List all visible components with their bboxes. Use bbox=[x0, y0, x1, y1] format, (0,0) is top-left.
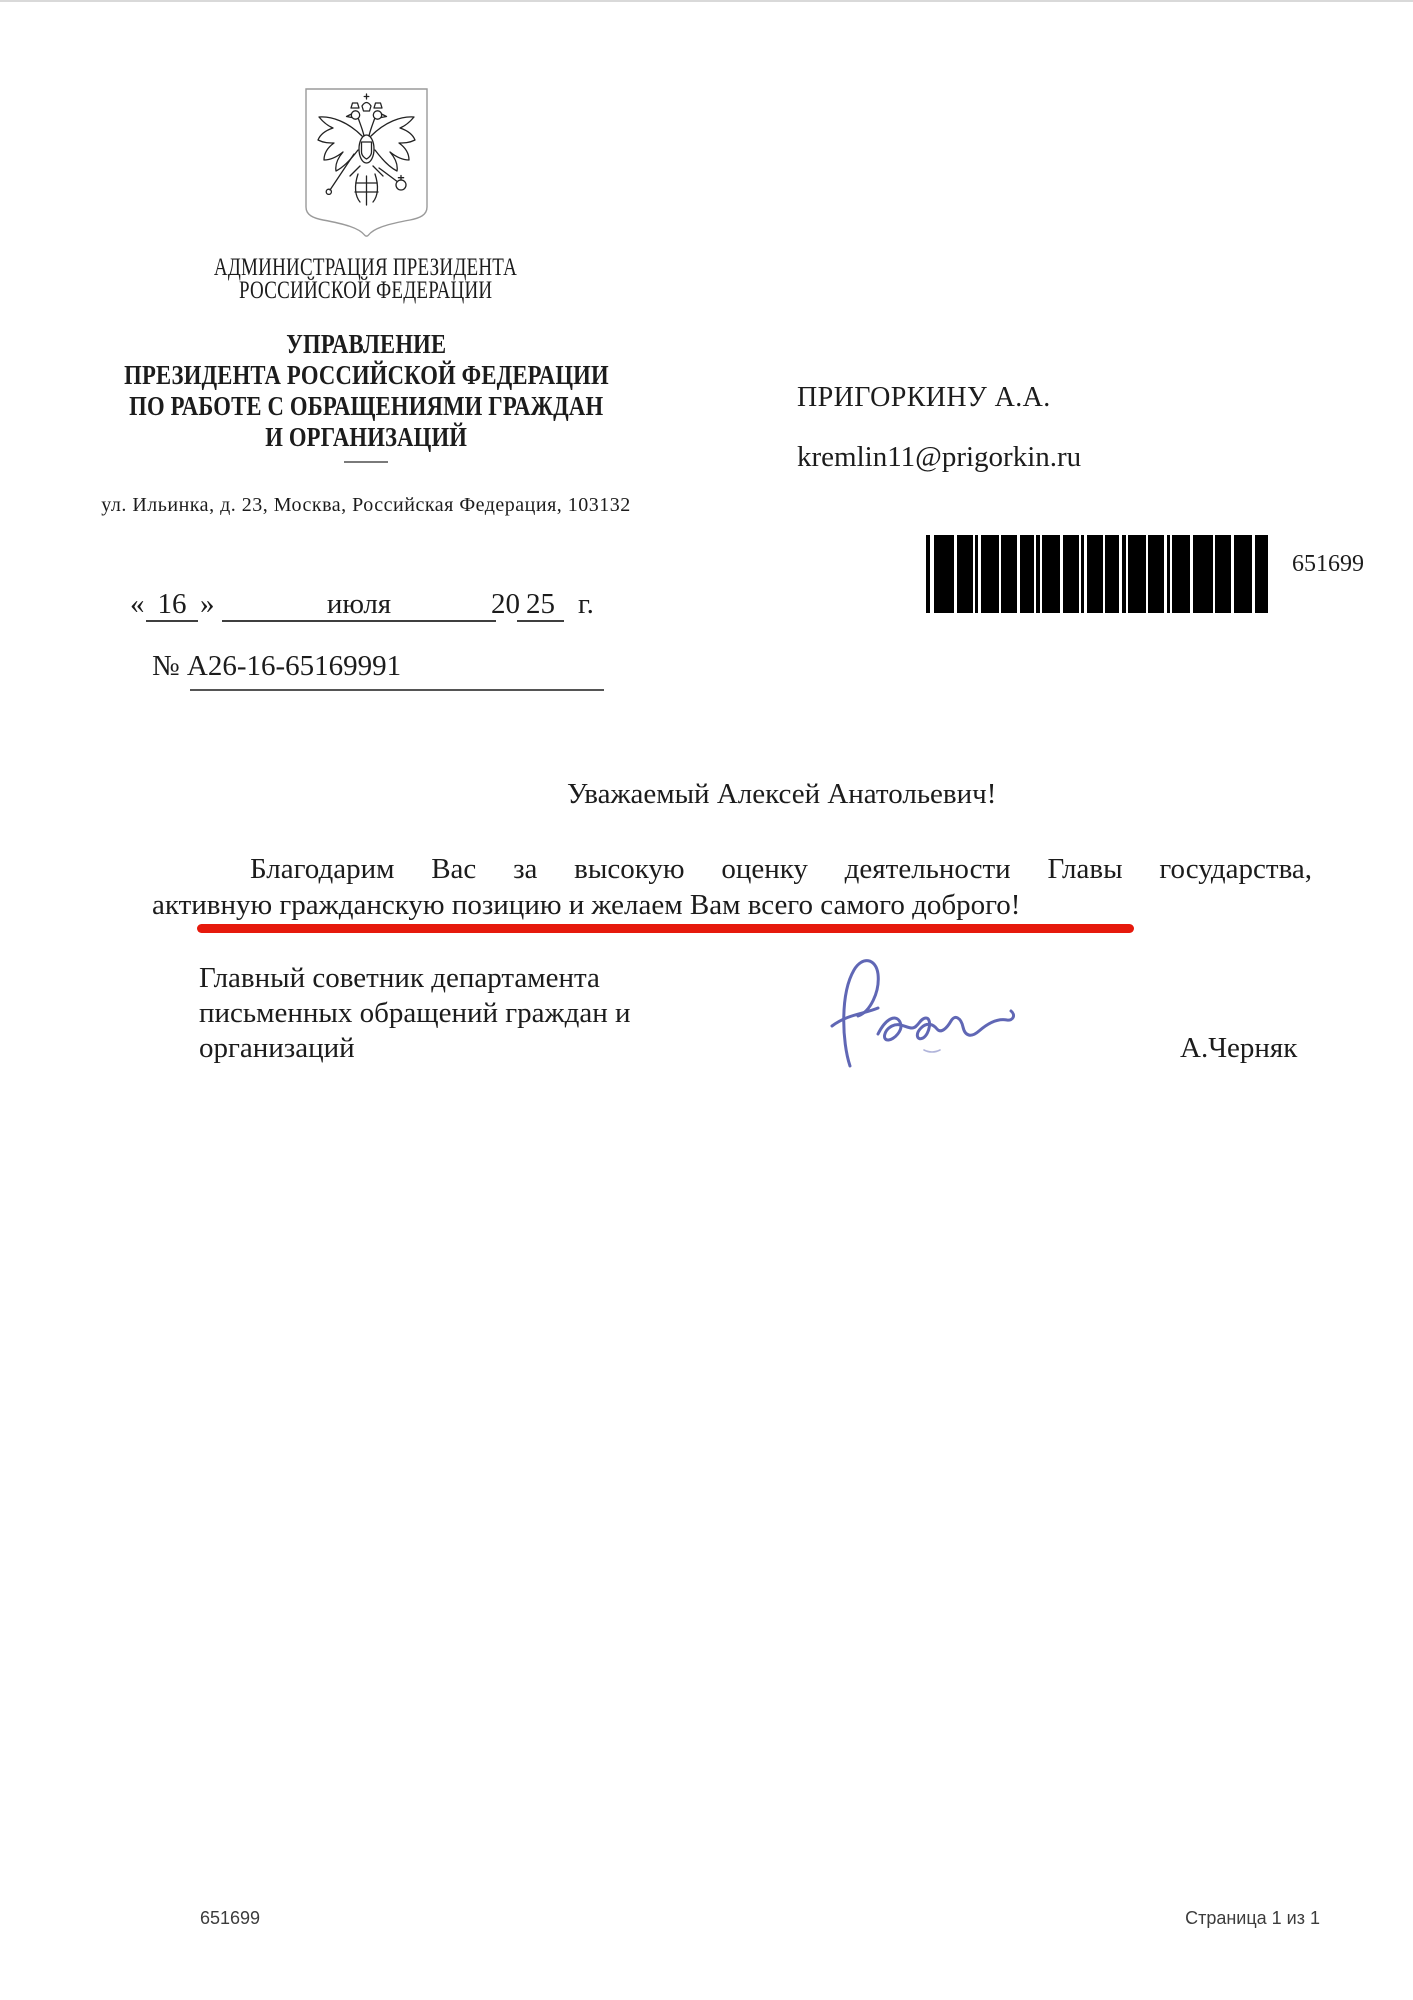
letterhead-divider bbox=[344, 461, 388, 463]
date-open-quote: « bbox=[130, 588, 145, 621]
barcode bbox=[926, 535, 1268, 613]
barcode-bar bbox=[1172, 535, 1190, 613]
footer-page-info: Страница 1 из 1 bbox=[1185, 1908, 1320, 1929]
date-day-underline bbox=[146, 620, 198, 622]
date-month: июля bbox=[222, 588, 496, 621]
barcode-bar bbox=[1128, 535, 1146, 613]
reference-number-underline bbox=[190, 689, 604, 691]
barcode-bar bbox=[981, 535, 999, 613]
barcode-bar bbox=[1215, 535, 1231, 613]
department-line2: ПРЕЗИДЕНТА РОССИЙСКОЙ ФЕДЕРАЦИИ bbox=[124, 360, 609, 391]
barcode-number: 651699 bbox=[1292, 551, 1364, 578]
barcode-bar bbox=[1193, 535, 1213, 613]
date-year: 25 bbox=[517, 588, 564, 621]
barcode-bar bbox=[1063, 535, 1079, 613]
date-day: 16 bbox=[146, 588, 198, 621]
barcode-bar bbox=[1255, 535, 1268, 613]
barcode-bar bbox=[957, 535, 973, 613]
page-top-edge bbox=[0, 0, 1413, 2]
department-line3: ПО РАБОТЕ С ОБРАЩЕНИЯМИ ГРАЖДАН bbox=[129, 391, 603, 422]
barcode-bar bbox=[1105, 535, 1119, 613]
reference-number: № А26-16-65169991 bbox=[152, 650, 401, 683]
department-line1: УПРАВЛЕНИЕ bbox=[286, 329, 446, 360]
administration-header: АДМИНИСТРАЦИЯ ПРЕЗИДЕНТА РОССИЙСКОЙ ФЕДЕ… bbox=[0, 256, 732, 302]
date-year-underline bbox=[517, 620, 564, 622]
handwritten-signature-icon bbox=[820, 950, 1050, 1080]
letter-page: { "letterhead": { "emblem_icon": "russia… bbox=[0, 0, 1413, 2000]
body-paragraph-line2: активную гражданскую позицию и желаем Ва… bbox=[152, 887, 1312, 923]
signer-name: А.Черняк bbox=[1180, 1032, 1297, 1065]
barcode-bar bbox=[1001, 535, 1017, 613]
letterhead-address: ул. Ильинка, д. 23, Москва, Российская Ф… bbox=[101, 494, 631, 517]
date-year-suffix: г. bbox=[578, 588, 594, 621]
russian-coat-of-arms-icon bbox=[302, 86, 431, 238]
body-paragraph-line1: Благодарим Вас за высокую оценку деятель… bbox=[152, 851, 1312, 887]
signer-title: Главный советник департамента письменных… bbox=[199, 961, 779, 1066]
barcode-bar bbox=[1020, 535, 1034, 613]
signer-title-line3: организаций bbox=[199, 1031, 779, 1066]
signer-title-line2: письменных обращений граждан и bbox=[199, 996, 779, 1031]
recipient-name: ПРИГОРКИНУ А.А. bbox=[797, 382, 1051, 414]
date-close-quote: » bbox=[200, 588, 215, 621]
barcode-bar bbox=[1234, 535, 1252, 613]
barcode-bar bbox=[1087, 535, 1103, 613]
red-marker-underline bbox=[197, 924, 1134, 933]
body-paragraph: Благодарим Вас за высокую оценку деятель… bbox=[152, 851, 1312, 923]
department-line4: И ОРГАНИЗАЦИЙ bbox=[265, 422, 467, 453]
signer-title-line1: Главный советник департамента bbox=[199, 961, 779, 996]
coat-of-arms-emblem bbox=[302, 86, 431, 238]
salutation: Уважаемый Алексей Анатольевич! bbox=[567, 778, 996, 811]
barcode-bar bbox=[934, 535, 954, 613]
barcode-bar bbox=[1042, 535, 1060, 613]
administration-line1: АДМИНИСТРАЦИЯ ПРЕЗИДЕНТА bbox=[214, 256, 517, 279]
date-century: 20 bbox=[491, 588, 520, 621]
barcode-bar bbox=[1148, 535, 1164, 613]
letterhead-address-block: ул. Ильинка, д. 23, Москва, Российская Ф… bbox=[0, 494, 732, 517]
recipient-email: kremlin11@prigorkin.ru bbox=[797, 441, 1081, 474]
department-header: УПРАВЛЕНИЕ ПРЕЗИДЕНТА РОССИЙСКОЙ ФЕДЕРАЦ… bbox=[0, 329, 732, 453]
handwritten-signature bbox=[820, 950, 1050, 1080]
administration-line2: РОССИЙСКОЙ ФЕДЕРАЦИИ bbox=[239, 279, 492, 302]
date-month-underline bbox=[222, 620, 496, 622]
footer-doc-number: 651699 bbox=[200, 1908, 260, 1929]
